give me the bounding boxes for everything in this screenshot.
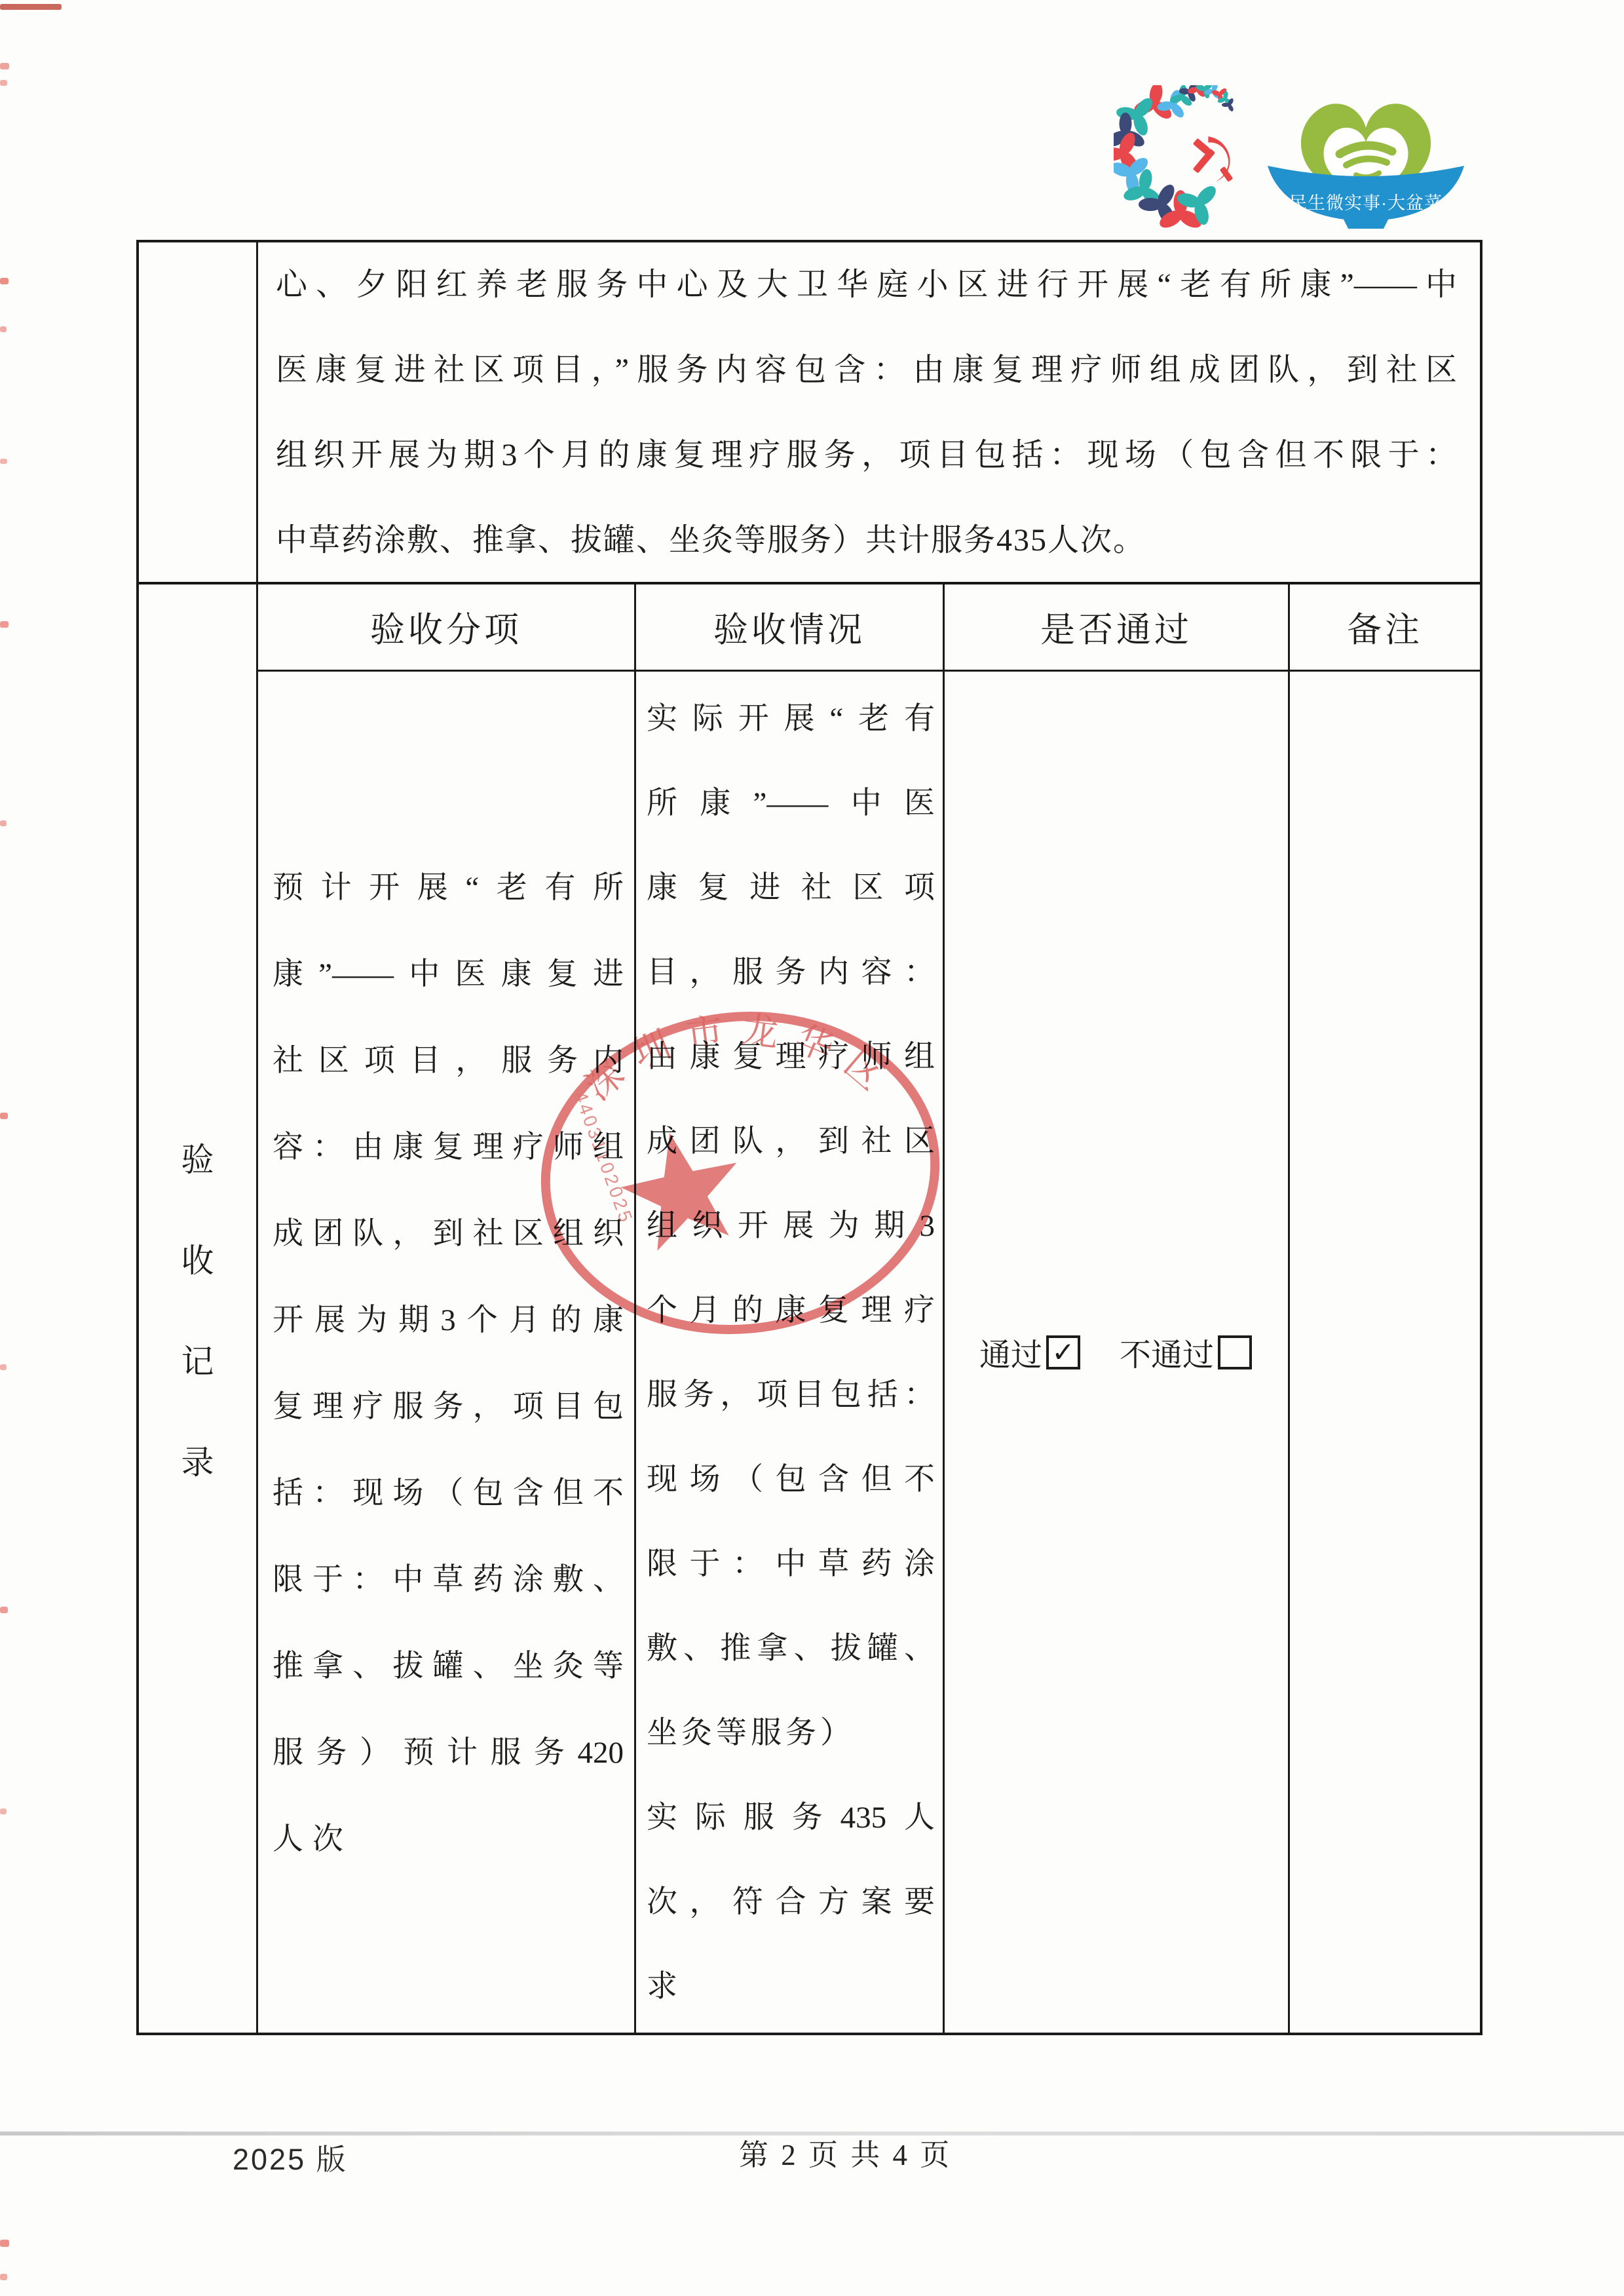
column-header-acceptance-status: 验收情况 xyxy=(636,584,945,672)
scan-artifact xyxy=(0,459,7,464)
scan-artifact xyxy=(0,1113,8,1119)
scan-artifact xyxy=(0,820,7,826)
column-header-remarks: 备注 xyxy=(1290,584,1480,672)
text-line: 医康复进社区项目，”服务内容包含：由康复理疗师组成团队，到社区 xyxy=(276,328,1457,413)
scan-artifact xyxy=(0,80,7,86)
pass-or-not-cell: 通过✓不通过 xyxy=(945,672,1290,2033)
fail-checkbox-empty[interactable] xyxy=(1218,1335,1252,1369)
fail-label: 不通过 xyxy=(1120,1330,1214,1375)
scan-artifact xyxy=(0,2240,9,2247)
text-line: 组织开展为期3个月的康复理疗服务，项目包括：现场（包含但不限于： xyxy=(276,413,1457,498)
hammer-sickle-icon xyxy=(1193,136,1234,182)
text-line: 限于：中草药涂 xyxy=(647,1522,935,1607)
pass-label: 通过 xyxy=(979,1330,1042,1375)
column-header-acceptance-item: 验收分项 xyxy=(258,584,636,672)
text-line: 敷、推拿、拔罐、 xyxy=(647,1607,935,1691)
text-line: 所康”——中医 xyxy=(647,761,935,846)
scan-artifact xyxy=(0,621,9,628)
text-line: 坐灸等服务） xyxy=(647,1691,935,1776)
scan-artifact xyxy=(0,63,9,69)
scan-artifact xyxy=(0,4,62,10)
row-label-acceptance-record: 验收记录 xyxy=(139,584,258,2033)
scan-artifact xyxy=(0,278,9,284)
text-line: 服务）预计服务420 xyxy=(273,1710,624,1796)
text-line: 实际服务435人 xyxy=(647,1776,935,1860)
text-line: 中草药涂敷、推拿、拔罐、坐灸等服务）共计服务435人次。 xyxy=(276,498,1457,583)
scan-artifact xyxy=(0,1364,7,1370)
text-line: 限于：中草药涂敷、 xyxy=(273,1537,624,1623)
text-line: 括：现场（包含但不 xyxy=(273,1450,624,1537)
text-line: 求 xyxy=(647,1945,935,2029)
vertical-label-char: 验 xyxy=(181,1134,214,1181)
project-description-continuation-cell: 心、夕阳红养老服务中心及大卫华庭小区进行开展“老有所康”——中医康复进社区项目，… xyxy=(258,242,1480,584)
column-header-pass-or-not: 是否通过 xyxy=(945,584,1290,672)
footer-page-indicator: 第 2 页 共 4 页 xyxy=(739,2131,952,2173)
scanned-acceptance-form-page: 民生微实事·大盆菜 心、夕阳红养老服务中心及大卫华庭小区进行开展“老有所康”——… xyxy=(0,0,1624,2296)
vertical-label-char: 收 xyxy=(181,1234,214,1282)
check-mark-icon: ✓ xyxy=(1051,1336,1074,1368)
text-line: 现场（包含但不 xyxy=(647,1438,935,1522)
remarks-cell xyxy=(1290,672,1480,2033)
scan-artifact xyxy=(0,1607,8,1613)
scan-artifact xyxy=(0,2274,7,2280)
text-line: 人次 xyxy=(273,1796,624,1883)
scan-artifact xyxy=(0,326,7,332)
text-line: 复理疗服务，项目包 xyxy=(273,1364,624,1450)
vertical-label-char: 录 xyxy=(181,1436,214,1483)
text-line: 推拿、拔罐、坐灸等 xyxy=(273,1623,624,1710)
vertical-label-char: 记 xyxy=(181,1335,214,1383)
scan-artifact xyxy=(0,1808,7,1814)
footer-version: 2025 版 xyxy=(233,2135,348,2178)
seal-arc-text: 深圳市龙华区 xyxy=(578,1010,902,1109)
party-flower-heart-logo xyxy=(1114,85,1258,236)
text-line: 预计开展“老有所 xyxy=(273,845,624,931)
bowl-slogan-text: 民生微实事·大盆菜 xyxy=(1289,193,1443,213)
text-line: 次，符合方案要 xyxy=(647,1860,935,1945)
minsheng-bowl-logo: 民生微实事·大盆菜 xyxy=(1255,88,1477,229)
pass-checkbox-checked[interactable]: ✓ xyxy=(1046,1335,1080,1369)
red-seal-stamp: 深圳市龙华区 44031102025 xyxy=(511,1003,970,1369)
seal-serial-number: 44031102025 xyxy=(570,1088,637,1227)
text-line: 实际开展“老有 xyxy=(647,677,935,761)
text-line: 心、夕阳红养老服务中心及大卫华庭小区进行开展“老有所康”——中 xyxy=(276,242,1457,328)
seal-star-icon xyxy=(621,1133,737,1251)
empty-side-cell xyxy=(139,242,258,584)
text-line: 康复进社区项 xyxy=(647,846,935,930)
svg-text:深圳市龙华区: 深圳市龙华区 xyxy=(578,1010,902,1109)
